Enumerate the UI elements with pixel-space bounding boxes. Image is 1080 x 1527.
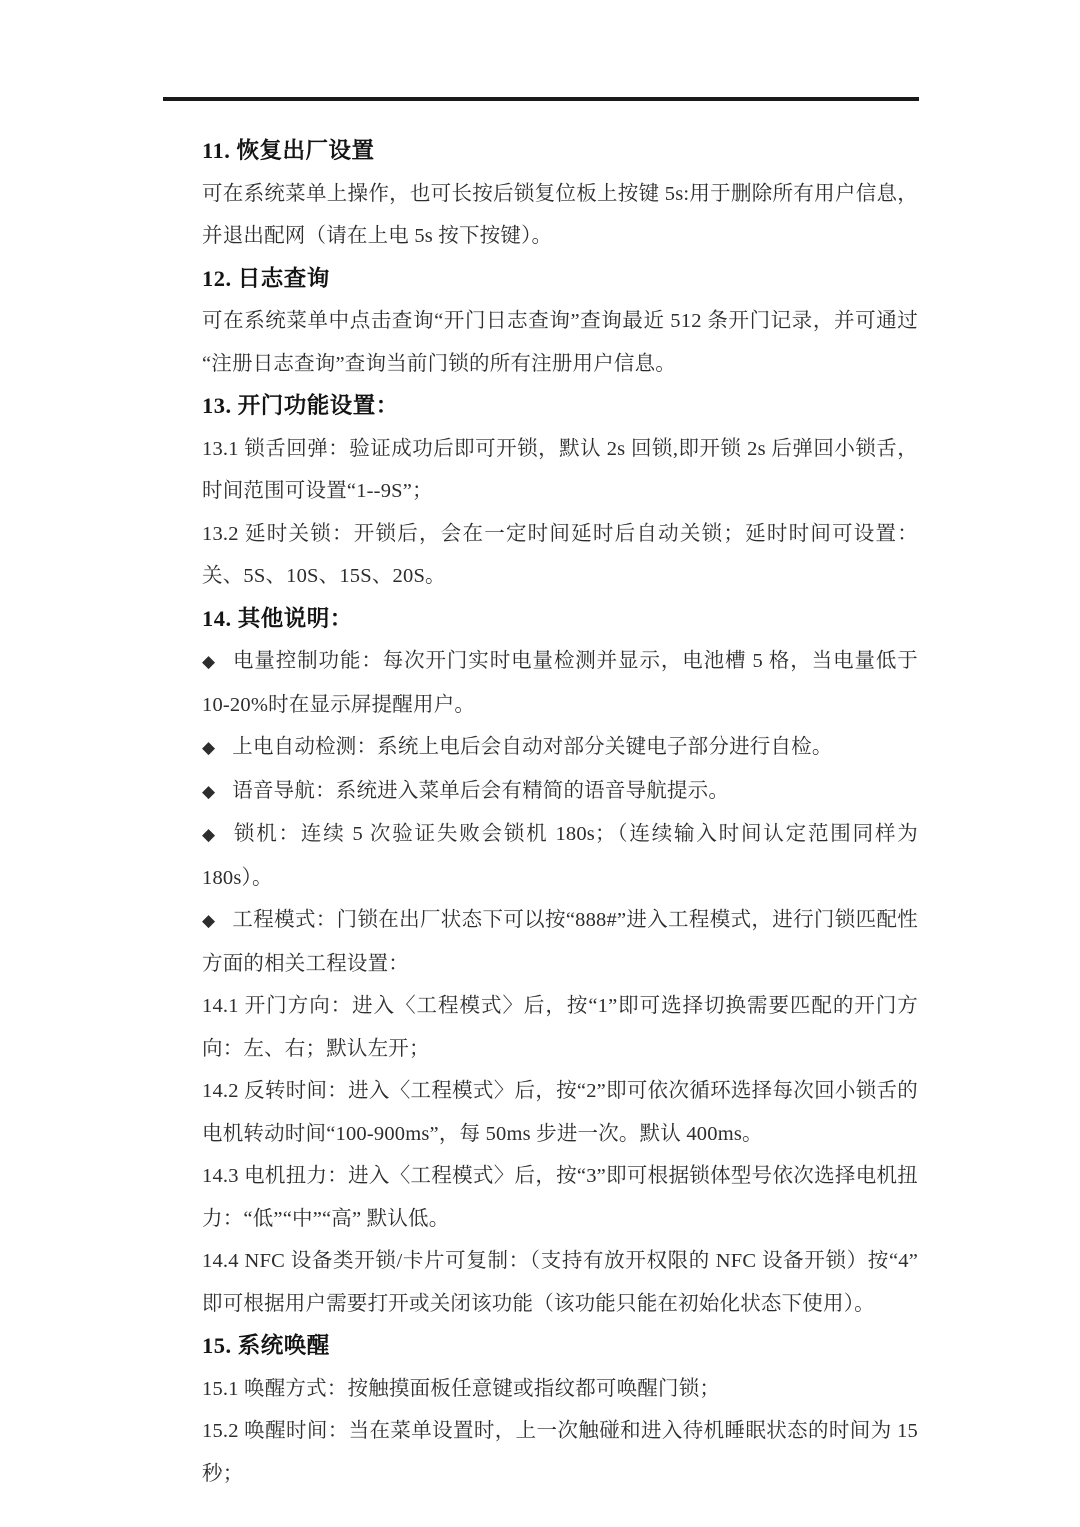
section-heading-15: 15. 系统唤醒: [202, 1325, 918, 1368]
bullet-item-voice: ◆语音导航：系统进入菜单后会有精简的语音导航提示。: [202, 770, 918, 814]
bullet-text: 上电自动检测：系统上电后会自动对部分关键电子部分进行自检。: [232, 736, 832, 758]
bullet-item-lockout: ◆锁机：连续 5 次验证失败会锁机 180s；（连续输入时间认定范围同样为 18…: [202, 813, 918, 899]
section-heading-13: 13. 开门功能设置：: [202, 385, 918, 428]
section-heading-11: 11. 恢复出厂设置: [202, 130, 918, 173]
diamond-bullet-icon: ◆: [202, 911, 215, 931]
paragraph-13-2: 13.2 延时关锁：开锁后，会在一定时间延时后自动关锁；延时时间可设置：关、5S…: [202, 513, 918, 598]
bullet-text: 语音导航：系统进入菜单后会有精简的语音导航提示。: [232, 780, 729, 802]
diamond-bullet-icon: ◆: [202, 738, 215, 758]
bullet-text: 电量控制功能：每次开门实时电量检测并显示，电池槽 5 格，当电量低于 10-20…: [202, 650, 918, 716]
bullet-text: 锁机：连续 5 次验证失败会锁机 180s；（连续输入时间认定范围同样为 180…: [202, 823, 918, 889]
bullet-item-selfcheck: ◆上电自动检测：系统上电后会自动对部分关键电子部分进行自检。: [202, 726, 918, 770]
paragraph-15-1: 15.1 唤醒方式：按触摸面板任意键或指纹都可唤醒门锁；: [202, 1368, 918, 1411]
paragraph-14-3: 14.3 电机扭力：进入〈工程模式〉后，按“3”即可根据锁体型号依次选择电机扭力…: [202, 1155, 918, 1240]
bullet-item-engineering-mode: ◆工程模式：门锁在出厂状态下可以按“888#”进入工程模式，进行门锁匹配性方面的…: [202, 899, 918, 985]
paragraph-14-4: 14.4 NFC 设备类开锁/卡片可复制：（支持有放开权限的 NFC 设备开锁）…: [202, 1240, 918, 1325]
paragraph-12-1: 可在系统菜单中点击查询“开门日志查询”查询最近 512 条开门记录，并可通过“注…: [202, 300, 918, 385]
paragraph-15-2: 15.2 唤醒时间：当在菜单设置时，上一次触碰和进入待机睡眠状态的时间为 15 …: [202, 1410, 918, 1495]
header-rule: [163, 97, 919, 101]
section-heading-12: 12. 日志查询: [202, 258, 918, 301]
page-content: 11. 恢复出厂设置 可在系统菜单上操作，也可长按后锁复位板上按键 5s:用于删…: [202, 130, 918, 1495]
diamond-bullet-icon: ◆: [202, 825, 217, 845]
paragraph-11-1: 可在系统菜单上操作，也可长按后锁复位板上按键 5s:用于删除所有用户信息，并退出…: [202, 173, 918, 258]
bullet-text: 工程模式：门锁在出厂状态下可以按“888#”进入工程模式，进行门锁匹配性方面的相…: [202, 909, 918, 975]
paragraph-13-1: 13.1 锁舌回弹：验证成功后即可开锁，默认 2s 回锁,即开锁 2s 后弹回小…: [202, 428, 918, 513]
diamond-bullet-icon: ◆: [202, 652, 216, 672]
bullet-item-battery: ◆电量控制功能：每次开门实时电量检测并显示，电池槽 5 格，当电量低于 10-2…: [202, 640, 918, 726]
paragraph-14-2: 14.2 反转时间：进入〈工程模式〉后，按“2”即可依次循环选择每次回小锁舌的电…: [202, 1070, 918, 1155]
diamond-bullet-icon: ◆: [202, 782, 215, 802]
document-page: 11. 恢复出厂设置 可在系统菜单上操作，也可长按后锁复位板上按键 5s:用于删…: [0, 0, 1080, 1527]
paragraph-14-1: 14.1 开门方向：进入〈工程模式〉后，按“1”即可选择切换需要匹配的开门方向：…: [202, 985, 918, 1070]
section-heading-14: 14. 其他说明：: [202, 598, 918, 641]
